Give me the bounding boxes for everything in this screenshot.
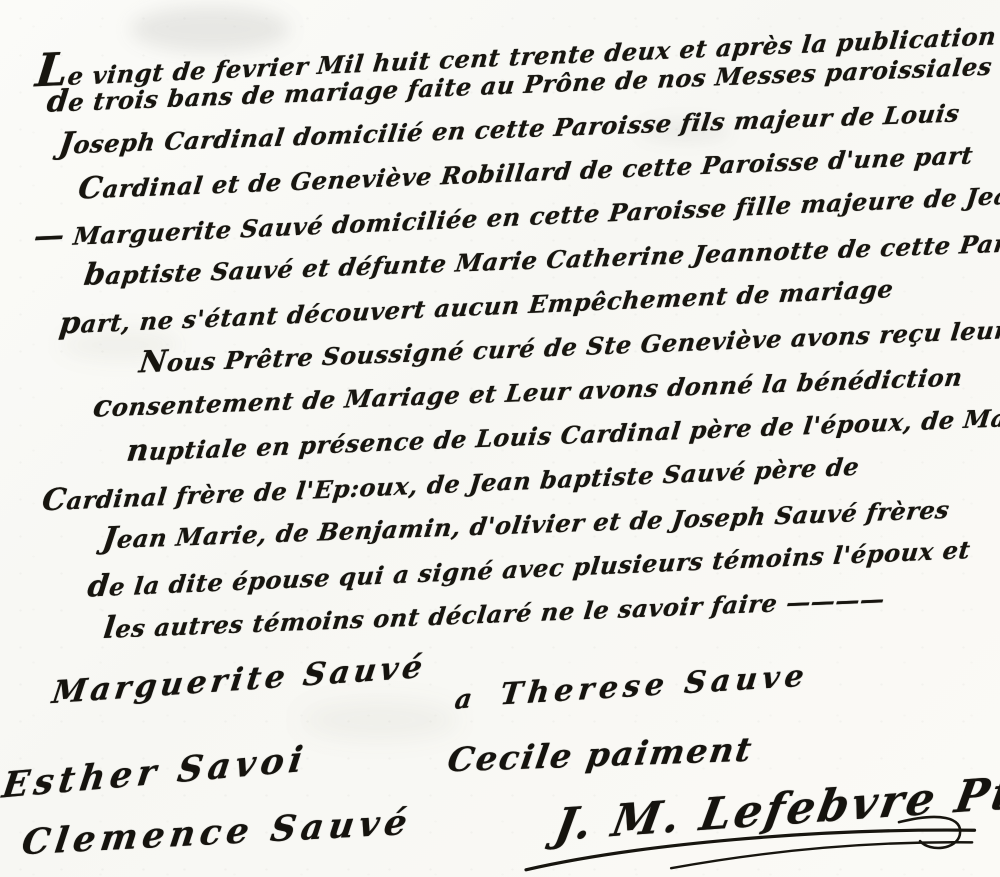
manuscript-body: Le vingt de fevrier Mil huit cent trente… [14,3,1000,657]
signature-clemence-sauve: Clemence Sauvé [19,802,414,864]
signature-marguerite-sauve: Marguerite Sauvé [50,649,429,712]
manuscript-page: Le vingt de fevrier Mil huit cent trente… [0,0,1000,877]
signature-esther-sauve: Esther Savoi [0,738,310,806]
ink-smudge [300,700,460,740]
flourish-mark: a [453,684,474,716]
signature-cecile-paiment: Cecile paiment [445,730,756,780]
signature-therese-sauve: Therese Sauve [498,658,810,712]
